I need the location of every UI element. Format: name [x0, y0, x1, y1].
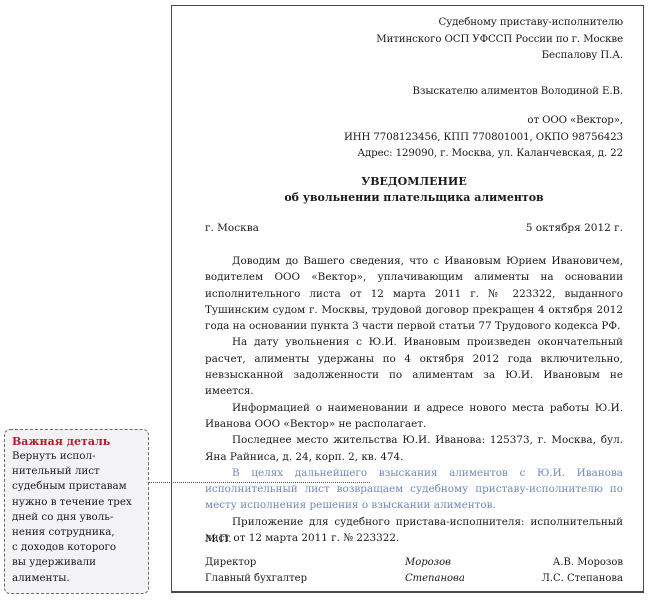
- addressee-line: Беспалову П.А.: [376, 48, 623, 65]
- title-main: УВЕДОМЛЕНИЕ: [205, 174, 623, 190]
- attachment-paragraph: Приложение для судебного пристава-исполн…: [205, 514, 623, 547]
- paragraph: Доводим до Вашего сведения, что с Иванов…: [205, 253, 623, 334]
- addressee-line: Судебному приставу-исполнителю: [376, 15, 623, 32]
- signer-role: Директор: [205, 555, 405, 571]
- sender-line: от ООО «Вектор»,: [344, 113, 623, 130]
- callout-heading: Важная деталь: [12, 434, 144, 449]
- callout-connector-line: [149, 482, 370, 483]
- signature-block: Директор Морозов А.В. Морозов Главный бу…: [205, 555, 623, 586]
- sender-line: ИНН 7708123456, КПП 770801001, ОКПО 9875…: [344, 130, 623, 147]
- place-date-row: г. Москва 5 октября 2012 г.: [205, 222, 623, 234]
- callout-text: Вернуть испол- нительный лист судебным п…: [12, 449, 144, 586]
- place: г. Москва: [205, 222, 259, 234]
- signer-name: А.В. Морозов: [553, 555, 623, 571]
- document-title: УВЕДОМЛЕНИЕ об увольнении плательщика ал…: [205, 174, 623, 206]
- date: 5 октября 2012 г.: [526, 222, 623, 234]
- sender-line: Адрес: 129090, г. Москва, ул. Каланчевск…: [344, 146, 623, 163]
- highlighted-paragraph: В целях дальнейшего взыскания алиментов …: [205, 465, 623, 514]
- signature-row: Директор Морозов А.В. Морозов: [205, 555, 623, 571]
- claimant-line: Взыскателю алиментов Володиной Е.В.: [412, 84, 623, 101]
- signer-name: Л.С. Степанова: [541, 571, 623, 587]
- signer-role: Главный бухгалтер: [205, 571, 405, 587]
- sender-block: от ООО «Вектор», ИНН 7708123456, КПП 770…: [344, 113, 623, 163]
- document-body: Доводим до Вашего сведения, что с Иванов…: [205, 253, 623, 546]
- addressee-line: Митинского ОСП УФССП России по г. Москве: [376, 32, 623, 49]
- paragraph: Информацией о наименовании и адресе ново…: [205, 400, 623, 433]
- notice-document: Судебному приставу-исполнителю Митинског…: [171, 5, 644, 593]
- signature-row: Главный бухгалтер Степанова Л.С. Степано…: [205, 571, 623, 587]
- addressee-block: Судебному приставу-исполнителю Митинског…: [376, 15, 623, 65]
- important-detail-callout: Важная деталь Вернуть испол- нительный л…: [4, 429, 149, 594]
- paragraph: Последнее место жительства Ю.И. Иванова:…: [205, 432, 623, 465]
- title-sub: об увольнении плательщика алиментов: [205, 190, 623, 206]
- paragraph: На дату увольнения с Ю.И. Ивановым произ…: [205, 334, 623, 399]
- stamp-place: М.П.: [205, 533, 232, 545]
- signer-signature: Степанова: [405, 571, 541, 587]
- signer-signature: Морозов: [405, 555, 553, 571]
